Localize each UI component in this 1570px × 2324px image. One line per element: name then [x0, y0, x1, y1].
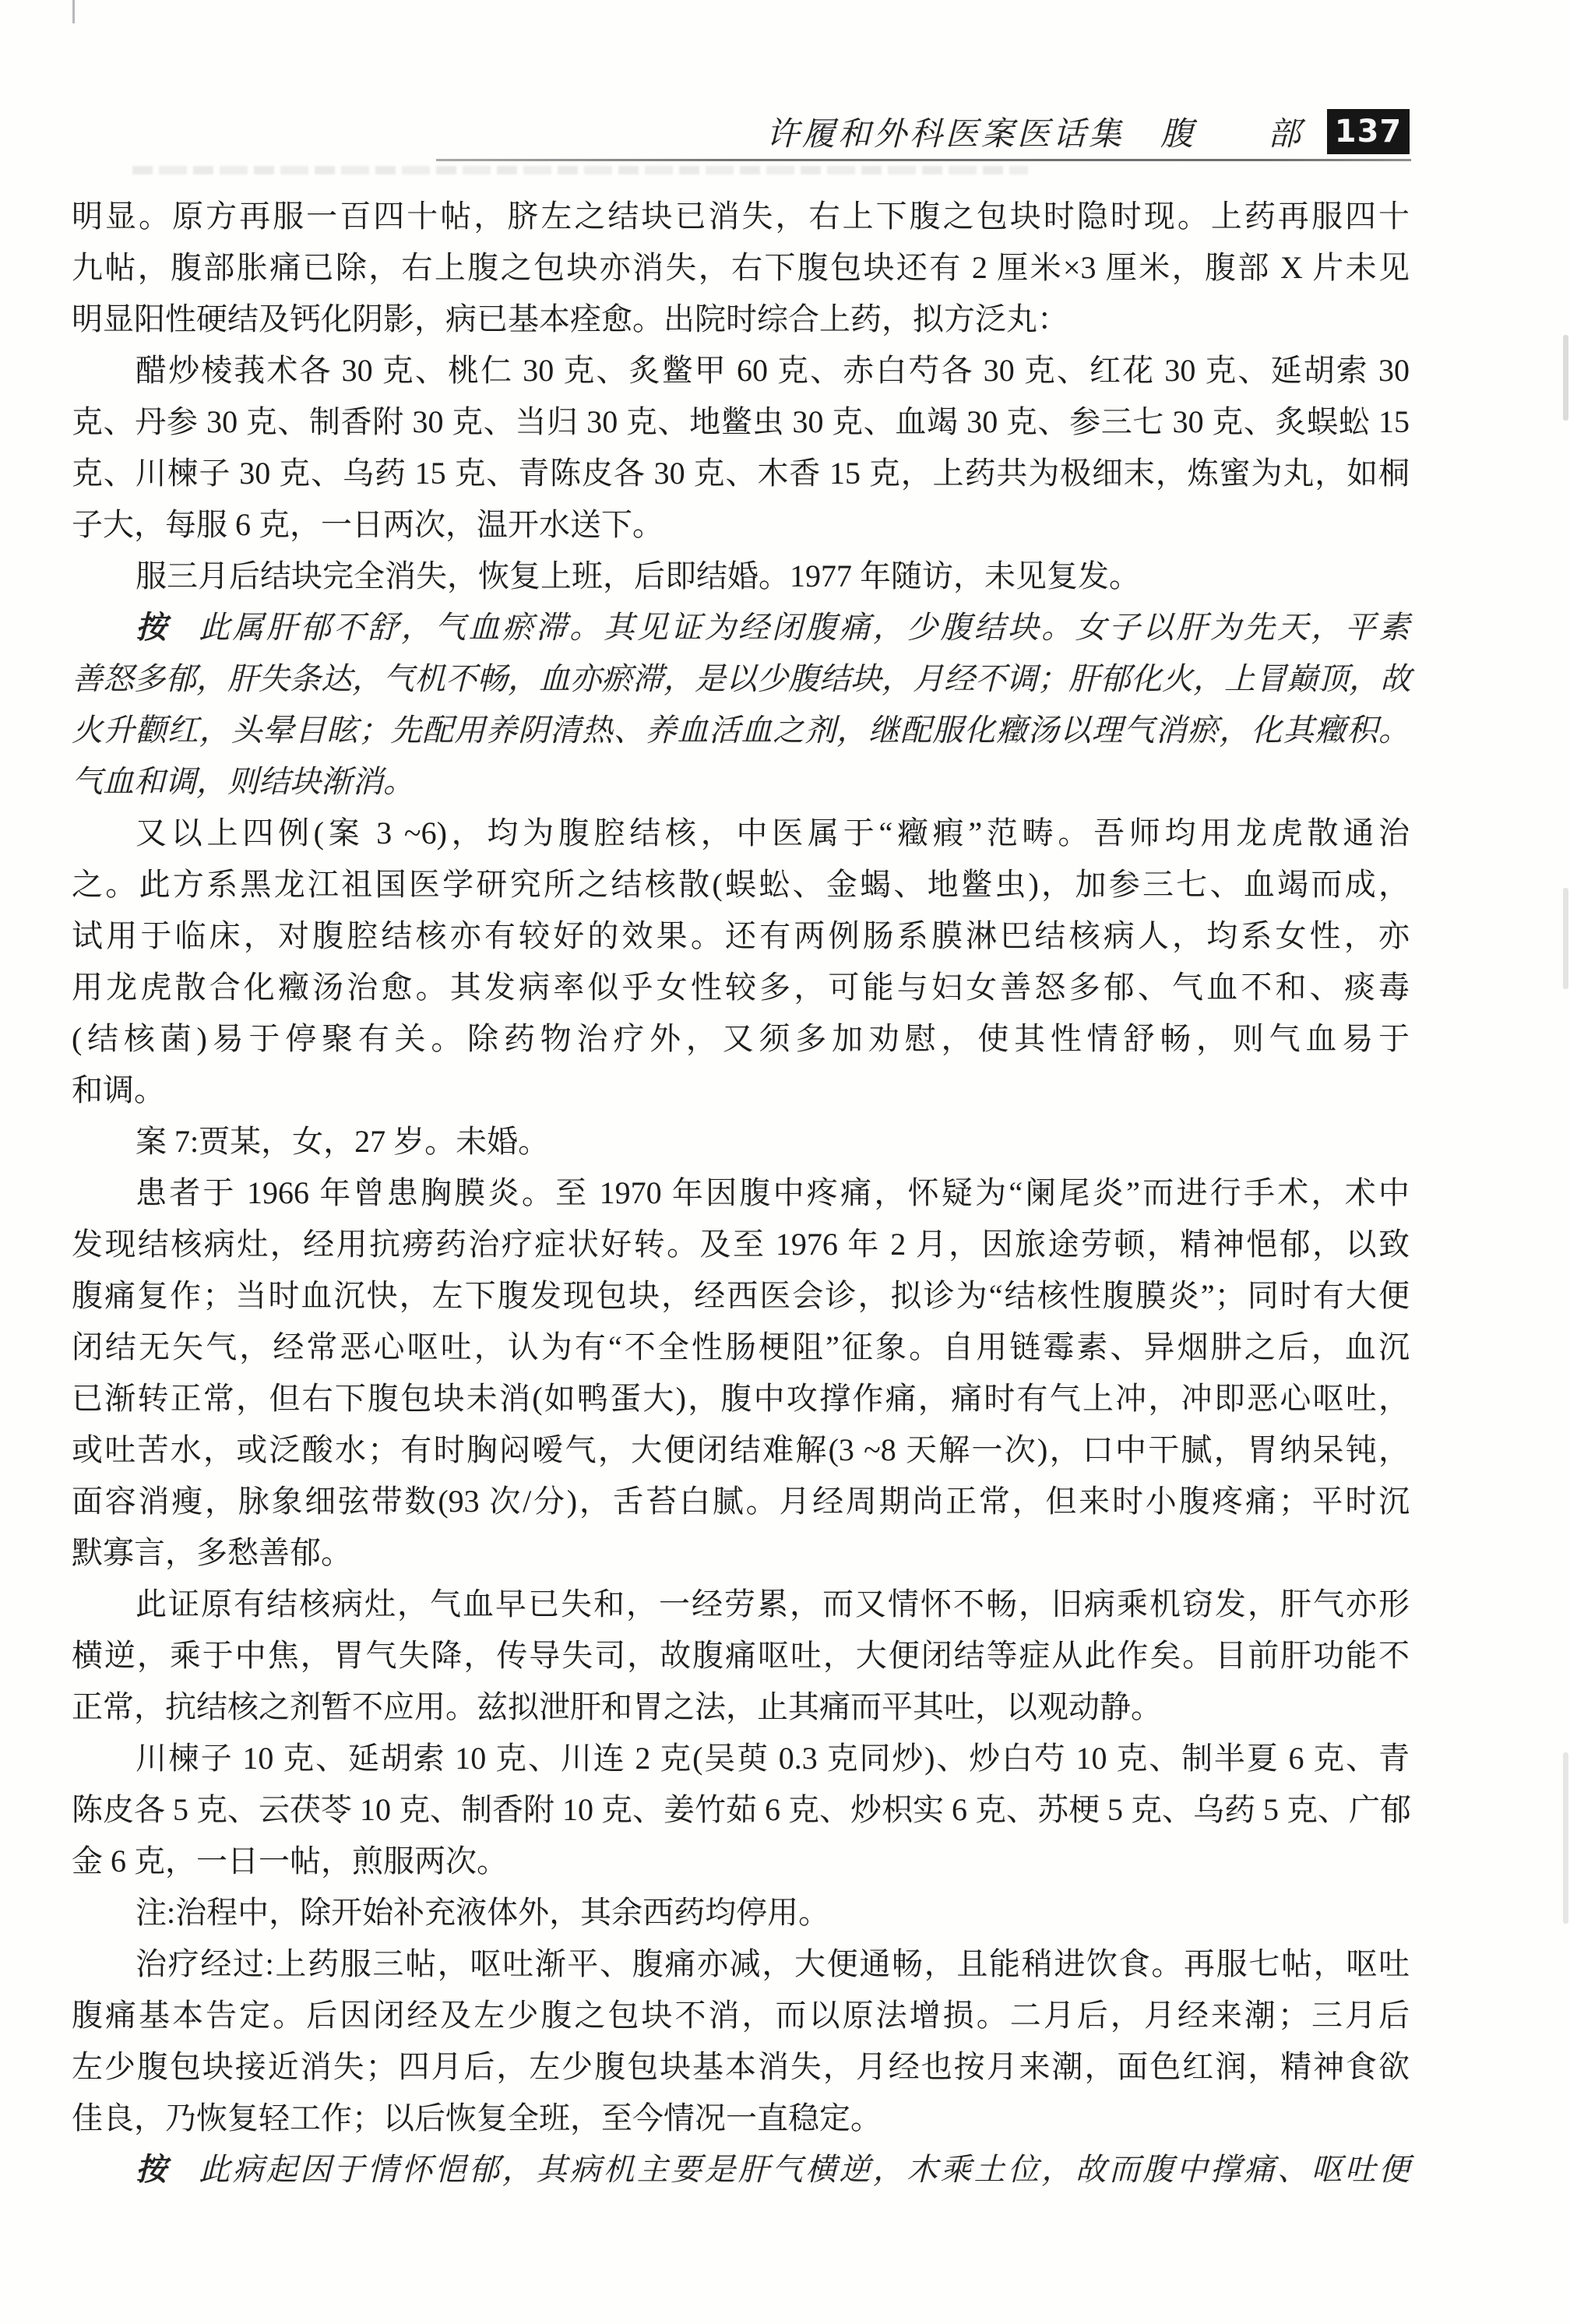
- text-line-content: 此属肝郁不舒，气血瘀滞。其见证为经闭腹痛，少腹结块。女子以肝为先天，平素: [199, 610, 1410, 645]
- text-line: 腹痛复作；当时血沉快，左下腹发现包块，经西医会诊，拟诊为“结核性腹膜炎”；同时有…: [72, 1270, 1410, 1322]
- annotation-label: 按: [136, 610, 169, 645]
- text-line: 克、丹参 30 克、制香附 30 克、当归 30 克、地鳖虫 30 克、血竭 3…: [72, 396, 1410, 448]
- text-line: 按此属肝郁不舒，气血瘀滞。其见证为经闭腹痛，少腹结块。女子以肝为先天，平素: [72, 602, 1410, 653]
- text-line: 此证原有结核病灶，气血早已失和，一经劳累，而又情怀不畅，旧病乘机窃发，肝气亦形: [72, 1579, 1410, 1630]
- text-line-content: 气血和调，则结块渐消。: [72, 764, 414, 799]
- text-line: 已渐转正常，但右下腹包块未消(如鸭蛋大)，腹中攻撑作痛，痛时有气上冲，冲即恶心呕…: [72, 1373, 1410, 1424]
- text-line-content: 注:治程中，除开始补充液体外，其余西药均停用。: [136, 1895, 829, 1930]
- text-line-content: (结核菌)易于停聚有关。除药物治疗外，又须多加劝慰，使其性情舒畅，则气血易于: [72, 1021, 1410, 1056]
- text-line: 默寡言，多愁善郁。: [72, 1527, 1410, 1579]
- book-title: 许履和外科医案医话集: [766, 108, 1125, 155]
- text-line-content: 和调。: [72, 1072, 165, 1107]
- scan-mark-topleft: [72, 0, 75, 23]
- page-header: 许履和外科医案医话集 腹 部 137: [766, 107, 1410, 156]
- text-line-content: 正常，抗结核之剂暂不应用。兹拟泄肝和胃之法，止其痛而平其吐，以观动静。: [72, 1689, 1162, 1724]
- text-line: 和调。: [72, 1065, 1410, 1116]
- text-line: 闭结无矢气，经常恶心呕吐，认为有“不全性肠梗阻”征象。自用链霉素、异烟肼之后，血…: [72, 1322, 1410, 1373]
- text-line-content: 患者于 1966 年曾患胸膜炎。至 1970 年因腹中疼痛，怀疑为“阑尾炎”而进…: [136, 1175, 1410, 1210]
- text-line: (结核菌)易于停聚有关。除药物治疗外，又须多加劝慰，使其性情舒畅，则气血易于: [72, 1013, 1410, 1065]
- text-line-content: 默寡言，多愁善郁。: [72, 1535, 352, 1570]
- text-line: 之。此方系黑龙江祖国医学研究所之结核散(蜈蚣、金蝎、地鳖虫)，加参三七、血竭而成…: [72, 859, 1410, 910]
- scan-edge-mark: [1563, 335, 1568, 421]
- text-line: 子大，每服 6 克，一日两次，温开水送下。: [72, 499, 1410, 551]
- text-line: 克、川楝子 30 克、乌药 15 克、青陈皮各 30 克、木香 15 克，上药共…: [72, 448, 1410, 499]
- text-line-content: 或吐苦水，或泛酸水；有时胸闷嗳气，大便闭结难解(3 ~8 天解一次)，口中干腻，…: [72, 1432, 1410, 1467]
- text-line: 按此病起因于情怀悒郁，其病机主要是肝气横逆，木乘土位，故而腹中撑痛、呕吐便: [72, 2144, 1410, 2195]
- text-line-content: 克、川楝子 30 克、乌药 15 克、青陈皮各 30 克、木香 15 克，上药共…: [72, 456, 1410, 491]
- text-line: 又以上四例(案 3 ~6)，均为腹腔结核，中医属于“癥瘕”范畴。吾师均用龙虎散通…: [72, 808, 1410, 859]
- text-line-content: 陈皮各 5 克、云茯苓 10 克、制香附 10 克、姜竹茹 6 克、炒枳实 6 …: [72, 1792, 1411, 1827]
- text-line: 服三月后结块完全消失，恢复上班，后即结婚。1977 年随访，未见复发。: [72, 551, 1410, 602]
- text-line: 佳良，乃恢复轻工作；以后恢复全班，至今情况一直稳定。: [72, 2093, 1410, 2144]
- text-line-content: 此证原有结核病灶，气血早已失和，一经劳累，而又情怀不畅，旧病乘机窃发，肝气亦形: [136, 1586, 1410, 1622]
- text-line: 试用于临床，对腹腔结核亦有较好的效果。还有两例肠系膜淋巴结核病人，均系女性，亦: [72, 910, 1410, 962]
- scan-smudge: [132, 166, 1028, 174]
- text-line-content: 已渐转正常，但右下腹包块未消(如鸭蛋大)，腹中攻撑作痛，痛时有气上冲，冲即恶心呕…: [72, 1381, 1410, 1416]
- text-line-content: 克、丹参 30 克、制香附 30 克、当归 30 克、地鳖虫 30 克、血竭 3…: [72, 404, 1410, 439]
- text-line: 九帖，腹部胀痛已除，右上腹之包块亦消失，右下腹包块还有 2 厘米×3 厘米，腹部…: [72, 242, 1410, 294]
- text-line-content: 醋炒棱莪术各 30 克、桃仁 30 克、炙鳖甲 60 克、赤白芍各 30 克、红…: [136, 353, 1410, 388]
- text-line-content: 治疗经过:上药服三帖，呕吐渐平、腹痛亦减，大便通畅，且能稍进饮食。再服七帖，呕吐: [136, 1946, 1410, 1981]
- text-line: 陈皮各 5 克、云茯苓 10 克、制香附 10 克、姜竹茹 6 克、炒枳实 6 …: [72, 1784, 1410, 1836]
- text-line: 善怒多郁，肝失条达，气机不畅，血亦瘀滞，是以少腹结块，月经不调；肝郁化火，上冒巅…: [72, 653, 1410, 705]
- text-line: 案 7:贾某，女，27 岁。未婚。: [72, 1116, 1410, 1167]
- text-line-content: 九帖，腹部胀痛已除，右上腹之包块亦消失，右下腹包块还有 2 厘米×3 厘米，腹部…: [72, 250, 1410, 285]
- text-line: 火升颧红，头晕目眩；先配用养阴清热、养血活血之剂，继配服化癥汤以理气消瘀，化其癥…: [72, 705, 1410, 756]
- text-line-content: 明显阳性硬结及钙化阴影，病已基本痊愈。出院时综合上药，拟方泛丸：: [72, 301, 1068, 336]
- text-line: 发现结核病灶，经用抗痨药治疗症状好转。及至 1976 年 2 月，因旅途劳顿，精…: [72, 1219, 1410, 1270]
- text-line: 明显阳性硬结及钙化阴影，病已基本痊愈。出院时综合上药，拟方泛丸：: [72, 294, 1410, 345]
- header-rule: [436, 159, 1411, 161]
- text-line: 左少腹包块接近消失；四月后，左少腹包块基本消失，月经也按月来潮，面色红润，精神食…: [72, 2041, 1410, 2093]
- section-label-right: 部: [1268, 108, 1301, 155]
- text-line-content: 横逆，乘于中焦，胃气失降，传导失司，故腹痛呕吐，大便闭结等症从此作矣。目前肝功能…: [72, 1638, 1410, 1673]
- text-line-content: 金 6 克，一日一帖，煎服两次。: [72, 1843, 508, 1879]
- text-line-content: 试用于临床，对腹腔结核亦有较好的效果。还有两例肠系膜淋巴结核病人，均系女性，亦: [72, 918, 1410, 953]
- section-label-left: 腹: [1160, 108, 1193, 155]
- text-line: 治疗经过:上药服三帖，呕吐渐平、腹痛亦减，大便通畅，且能稍进饮食。再服七帖，呕吐: [72, 1938, 1410, 1990]
- text-line-content: 川楝子 10 克、延胡索 10 克、川连 2 克(吴萸 0.3 克同炒)、炒白芍…: [136, 1741, 1410, 1776]
- body-text: 明显。原方再服一百四十帖，脐左之结块已消失，右上下腹之包块时隐时现。上药再服四十…: [72, 191, 1410, 2195]
- text-line: 面容消瘦，脉象细弦带数(93 次/分)，舌苔白腻。月经周期尚正常，但来时小腹疼痛…: [72, 1476, 1410, 1527]
- text-line-content: 发现结核病灶，经用抗痨药治疗症状好转。及至 1976 年 2 月，因旅途劳顿，精…: [72, 1227, 1410, 1262]
- text-line: 患者于 1966 年曾患胸膜炎。至 1970 年因腹中疼痛，怀疑为“阑尾炎”而进…: [72, 1167, 1410, 1219]
- page-number-badge: 137: [1327, 109, 1410, 154]
- text-line: 明显。原方再服一百四十帖，脐左之结块已消失，右上下腹之包块时隐时现。上药再服四十: [72, 191, 1410, 242]
- text-line: 正常，抗结核之剂暂不应用。兹拟泄肝和胃之法，止其痛而平其吐，以观动静。: [72, 1681, 1410, 1733]
- text-line: 注:治程中，除开始补充液体外，其余西药均停用。: [72, 1887, 1410, 1938]
- text-line: 或吐苦水，或泛酸水；有时胸闷嗳气，大便闭结难解(3 ~8 天解一次)，口中干腻，…: [72, 1424, 1410, 1476]
- book-page: 许履和外科医案医话集 腹 部 137 明显。原方再服一百四十帖，脐左之结块已消失…: [0, 0, 1570, 2324]
- text-line-content: 之。此方系黑龙江祖国医学研究所之结核散(蜈蚣、金蝎、地鳖虫)，加参三七、血竭而成…: [72, 867, 1410, 902]
- text-line: 腹痛基本告定。后因闭经及左少腹之包块不消，而以原法增损。二月后，月经来潮；三月后: [72, 1990, 1410, 2041]
- text-line-content: 用龙虎散合化癥汤治愈。其发病率似乎女性较多，可能与妇女善怒多郁、气血不和、痰毒: [72, 970, 1410, 1005]
- text-line-content: 面容消瘦，脉象细弦带数(93 次/分)，舌苔白腻。月经周期尚正常，但来时小腹疼痛…: [72, 1484, 1410, 1519]
- text-line-content: 服三月后结块完全消失，恢复上班，后即结婚。1977 年随访，未见复发。: [136, 558, 1140, 593]
- text-line-content: 案 7:贾某，女，27 岁。未婚。: [136, 1124, 549, 1159]
- annotation-label: 按: [136, 2152, 169, 2187]
- text-line-content: 左少腹包块接近消失；四月后，左少腹包块基本消失，月经也按月来潮，面色红润，精神食…: [72, 2049, 1410, 2084]
- text-line-content: 火升颧红，头晕目眩；先配用养阴清热、养血活血之剂，继配服化癥汤以理气消瘀，化其癥…: [72, 713, 1410, 748]
- text-line-content: 善怒多郁，肝失条达，气机不畅，血亦瘀滞，是以少腹结块，月经不调；肝郁化火，上冒巅…: [72, 661, 1411, 696]
- text-line: 气血和调，则结块渐消。: [72, 756, 1410, 808]
- text-line-content: 又以上四例(案 3 ~6)，均为腹腔结核，中医属于“癥瘕”范畴。吾师均用龙虎散通…: [136, 815, 1410, 850]
- scan-edge-mark: [1563, 888, 1568, 989]
- text-line-content: 腹痛基本告定。后因闭经及左少腹之包块不消，而以原法增损。二月后，月经来潮；三月后: [72, 1998, 1410, 2033]
- scan-edge-mark: [1563, 1752, 1568, 1924]
- text-line-content: 子大，每服 6 克，一日两次，温开水送下。: [72, 507, 664, 542]
- text-line: 醋炒棱莪术各 30 克、桃仁 30 克、炙鳖甲 60 克、赤白芍各 30 克、红…: [72, 345, 1410, 396]
- text-line-content: 此病起因于情怀悒郁，其病机主要是肝气横逆，木乘土位，故而腹中撑痛、呕吐便: [199, 2152, 1410, 2187]
- text-line-content: 腹痛复作；当时血沉快，左下腹发现包块，经西医会诊，拟诊为“结核性腹膜炎”；同时有…: [72, 1278, 1410, 1313]
- text-line-content: 佳良，乃恢复轻工作；以后恢复全班，至今情况一直稳定。: [72, 2100, 882, 2136]
- text-line: 金 6 克，一日一帖，煎服两次。: [72, 1836, 1410, 1887]
- text-line-content: 闭结无矢气，经常恶心呕吐，认为有“不全性肠梗阻”征象。自用链霉素、异烟肼之后，血…: [72, 1329, 1410, 1364]
- text-line-content: 明显。原方再服一百四十帖，脐左之结块已消失，右上下腹之包块时隐时现。上药再服四十: [72, 199, 1410, 234]
- text-line: 川楝子 10 克、延胡索 10 克、川连 2 克(吴萸 0.3 克同炒)、炒白芍…: [72, 1733, 1410, 1784]
- text-line: 用龙虎散合化癥汤治愈。其发病率似乎女性较多，可能与妇女善怒多郁、气血不和、痰毒: [72, 962, 1410, 1013]
- text-line: 横逆，乘于中焦，胃气失降，传导失司，故腹痛呕吐，大便闭结等症从此作矣。目前肝功能…: [72, 1630, 1410, 1681]
